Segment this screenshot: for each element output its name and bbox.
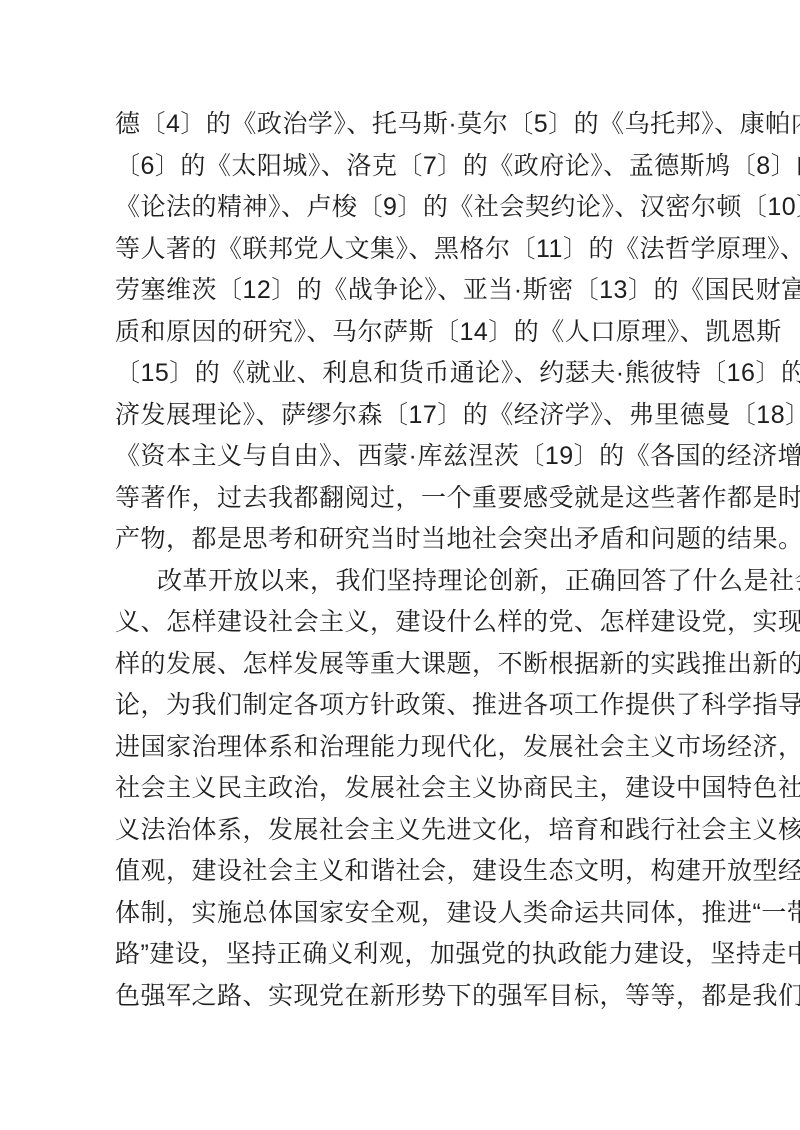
text-line: 体制，实施总体国家安全观，建设人类命运共同体，推进“一带一	[115, 893, 690, 935]
text-line: 社会主义民主政治，发展社会主义协商民主，建设中国特色社会主	[115, 768, 690, 810]
text-line: 产物，都是思考和研究当时当地社会突出矛盾和问题的结果。	[115, 519, 690, 561]
document-page: 德〔4〕的《政治学》、托马斯·莫尔〔5〕的《乌托邦》、康帕内拉 〔6〕的《太阳城…	[0, 0, 800, 1130]
text-line: 义、怎样建设社会主义，建设什么样的党、怎样建设党，实现什么	[115, 602, 690, 644]
text-block: 德〔4〕的《政治学》、托马斯·莫尔〔5〕的《乌托邦》、康帕内拉 〔6〕的《太阳城…	[115, 104, 690, 1017]
text-line: 等著作，过去我都翻阅过，一个重要感受就是这些著作都是时代的	[115, 478, 690, 520]
text-line: 济发展理论》、萨缪尔森〔17〕的《经济学》、弗里德曼〔18〕的	[115, 395, 690, 437]
text-line: 〔6〕的《太阳城》、洛克〔7〕的《政府论》、孟德斯鸠〔8〕的	[115, 146, 690, 188]
paragraph-1: 德〔4〕的《政治学》、托马斯·莫尔〔5〕的《乌托邦》、康帕内拉 〔6〕的《太阳城…	[115, 104, 690, 561]
text-line: 论，为我们制定各项方针政策、推进各项工作提供了科学指导。推	[115, 685, 690, 727]
text-line: 改革开放以来，我们坚持理论创新，正确回答了什么是社会主	[115, 561, 690, 603]
text-line: 义法治体系，发展社会主义先进文化，培育和践行社会主义核心价	[115, 810, 690, 852]
text-line: 质和原因的研究》、马尔萨斯〔14〕的《人口原理》、凯恩斯	[115, 312, 690, 354]
text-line: 样的发展、怎样发展等重大课题，不断根据新的实践推出新的理	[115, 644, 690, 686]
text-line: 德〔4〕的《政治学》、托马斯·莫尔〔5〕的《乌托邦》、康帕内拉	[115, 104, 690, 146]
text-line: 路”建设，坚持正确义利观，加强党的执政能力建设，坚持走中国特	[115, 934, 690, 976]
paragraph-2: 改革开放以来，我们坚持理论创新，正确回答了什么是社会主 义、怎样建设社会主义，建…	[115, 561, 690, 1018]
text-line: 进国家治理体系和治理能力现代化，发展社会主义市场经济，发展	[115, 727, 690, 769]
text-line: 等人著的《联邦党人文集》、黑格尔〔11〕的《法哲学原理》、克	[115, 229, 690, 271]
text-line: 《资本主义与自由》、西蒙·库兹涅茨〔19〕的《各国的经济增长》	[115, 436, 690, 478]
text-line: 〔15〕的《就业、利息和货币通论》、约瑟夫·熊彼特〔16〕的《经	[115, 353, 690, 395]
text-line: 色强军之路、实现党在新形势下的强军目标，等等，都是我们提出	[115, 976, 690, 1018]
text-line: 《论法的精神》、卢梭〔9〕的《社会契约论》、汉密尔顿〔10〕	[115, 187, 690, 229]
text-line: 劳塞维茨〔12〕的《战争论》、亚当·斯密〔13〕的《国民财富的性	[115, 270, 690, 312]
text-line: 值观，建设社会主义和谐社会，建设生态文明，构建开放型经济新	[115, 851, 690, 893]
